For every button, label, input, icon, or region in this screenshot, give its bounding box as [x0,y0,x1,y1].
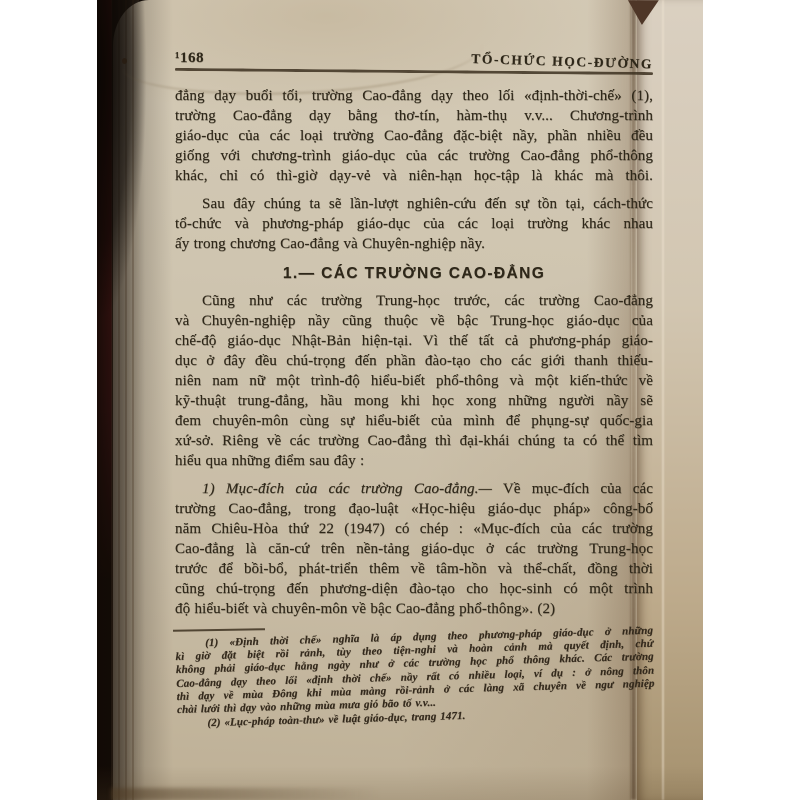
photo-vignette [97,766,703,800]
body-line: trước để bồi-bổ, phát-triển thêm về tâm-… [175,559,653,579]
body-line: đẳng dạy buổi tối, trường Cao-đẳng dạy t… [175,86,653,106]
paragraph: đẳng dạy buổi tối, trường Cao-đẳng dạy t… [175,86,653,186]
footnote-separator [173,628,265,632]
printed-page-content: ¹168 TỔ-CHỨC HỌC-ĐƯỜNG đẳng dạy buổi tối… [175,50,653,731]
body-line: 1) Mục-đích của các trường Cao-đẳng.— Về… [175,479,653,499]
ink-speck [122,58,127,64]
body-line: tổ-chức và phương-pháp giáo-dục của các … [175,214,653,234]
body-line: Sau đây chúng ta sẽ lần-lượt nghiên-cứu … [175,194,653,214]
body-line: trường Cao-đẳng, trong đạo-luật «Học-hiệ… [175,499,653,519]
screenshot-canvas: ¹168 TỔ-CHỨC HỌC-ĐƯỜNG đẳng dạy buổi tối… [0,0,800,800]
running-title: TỔ-CHỨC HỌC-ĐƯỜNG [471,51,653,72]
page-number: ¹168 [175,50,204,67]
page-header: ¹168 TỔ-CHỨC HỌC-ĐƯỜNG [175,50,653,67]
paragraph: 1) Mục-đích của các trường Cao-đẳng.— Về… [175,479,653,619]
paragraph: Sau đây chúng ta sẽ lần-lượt nghiên-cứu … [175,194,653,254]
paragraph: Cũng như các trường Trung-học trước, các… [175,291,653,471]
body-line: độ hiểu-biết và chuyên-môn về bậc Cao-đẳ… [175,599,653,619]
body-line: Cao-đẳng là căn-cứ trên nền-tảng giáo-dụ… [175,539,653,559]
body-line: hiểu qua những điểm sau đây : [175,451,653,471]
section-heading: 1.— CÁC TRƯỜNG CAO-ĐẲNG [175,265,653,283]
body-line: khác, chỉ có thì-giờ dạy-vẻ và niên-hạn … [175,166,653,186]
body-line: dục ở đây đều chú-trọng đến phần đào-tạo… [175,351,653,371]
body-line: trường Cao-đẳng dạy bằng thơ-tín, hàm-th… [175,106,653,126]
footnotes: (1) «Định thời chế» nghĩa là áp dụng the… [175,625,655,732]
body-line: Cũng như các trường Trung-học trước, các… [175,291,653,311]
body-line: cũng chú-trọng đến phương-diện đào-tạo c… [175,579,653,599]
body-line: ấy trong chương Cao-đẳng và Chuyên-nghiệ… [175,234,653,254]
body-line: xứ-sở. Riêng về các trường Cao-đẳng thì … [175,431,653,451]
body-line: kỹ-thuật trung-đẳng, hầu mong khi học xo… [175,391,653,411]
body-line: niên nam nữ một trình-độ hiểu-biết phổ-t… [175,371,653,391]
body-line: giống với chương-trình giáo-dục của các … [175,146,653,166]
body-line: chế-độ giáo-dục Nhật-Bản hiện-tại. Vì th… [175,331,653,351]
body-line: năm Chiêu-Hòa thứ 22 (1947) có chép : «M… [175,519,653,539]
book-photo: ¹168 TỔ-CHỨC HỌC-ĐƯỜNG đẳng dạy buổi tối… [97,0,703,800]
body-line: và Chuyên-nghiệp nầy cũng thuộc về bậc T… [175,311,653,331]
footnote: (1) «Định thời chế» nghĩa là áp dụng the… [175,625,655,718]
body-line: đem chuyên-môn cùng sự hiểu-biết của mìn… [175,411,653,431]
page-edge-highlight [662,0,664,800]
page-body: đẳng dạy buổi tối, trường Cao-đẳng dạy t… [175,86,653,619]
body-line: giáo-dục của các loại trường Cao-đẳng đặ… [175,126,653,146]
